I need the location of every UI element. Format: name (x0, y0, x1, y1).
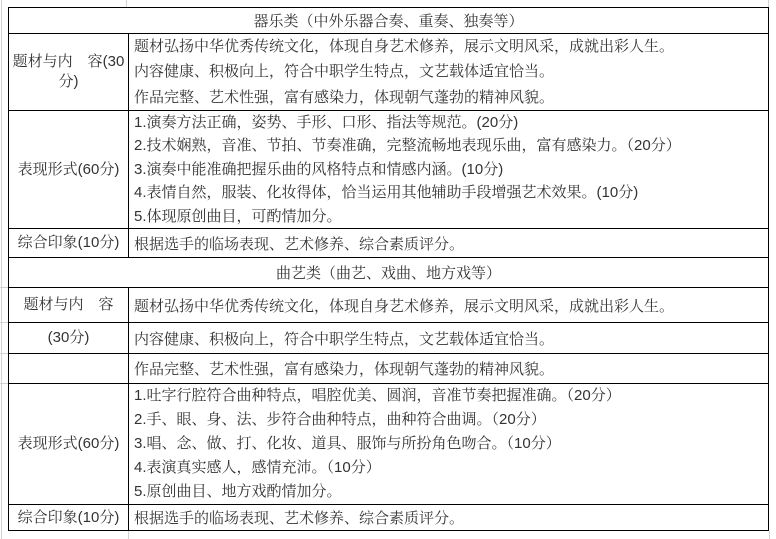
criteria-line: 4.表演真实感人，感情充沛。（10分） (134, 456, 764, 480)
table-row-theme-content-cont: 作品完整、艺术性强，富有感染力，体现朝气蓬勃的精神风貌。 (9, 353, 768, 383)
criterion-label: 表现形式(60分) (9, 111, 129, 228)
criteria-line: 作品完整、艺术性强，富有感染力，体现朝气蓬勃的精神风貌。 (134, 85, 764, 110)
table-row-overall-impression: 综合印象(10分) 根据选手的临场表现、艺术修养、综合素质评分。 (9, 504, 768, 530)
criterion-label: 题材与内 容(30分) (9, 34, 129, 110)
criteria-line: 3.唱、念、做、打、化妆、道具、服饰与所扮角色吻合。（10分） (134, 432, 764, 456)
criterion-label: 综合印象(10分) (9, 229, 129, 257)
category-header-instrumental: 器乐类（中外乐器合奏、重奏、独奏等） (9, 8, 768, 33)
criteria-line: 1.吐字行腔符合曲种特点，唱腔优美、圆润，音准节奏把握准确。（20分） (134, 384, 764, 408)
table-row-performance-form: 表现形式(60分) 1.吐字行腔符合曲种特点，唱腔优美、圆润，音准节奏把握准确。… (9, 383, 768, 504)
criteria-cell: 题材弘扬中华优秀传统文化，体现自身艺术修养，展示文明风采，成就出彩人生。 (129, 288, 768, 322)
gridline-top-right-edge (768, 0, 769, 7)
criterion-label: 题材与内 容 (9, 288, 129, 322)
gridline-bottom-right-edge (769, 531, 770, 539)
category-header-folk-arts: 曲艺类（曲艺、戏曲、地方戏等） (9, 257, 768, 287)
criteria-cell: 1.演奏方法正确，姿势、手形、口形、指法等规范。(20分) 2.技术娴熟，音准、… (129, 111, 768, 228)
gridline-left-stub (0, 383, 8, 384)
criteria-cell: 题材弘扬中华优秀传统文化，体现自身艺术修养，展示文明风采，成就出彩人生。 内容健… (129, 34, 768, 110)
criteria-line: 2.技术娴熟，音准、节拍、节奏准确，完整流畅地表现乐曲，富有感染力。（20分） (134, 134, 764, 158)
criteria-cell: 作品完整、艺术性强，富有感染力，体现朝气蓬勃的精神风貌。 (129, 354, 768, 383)
page-edge-gridline-left (1, 0, 2, 539)
criteria-line: 作品完整、艺术性强，富有感染力，体现朝气蓬勃的精神风貌。 (134, 358, 764, 379)
criterion-label: 综合印象(10分) (9, 505, 129, 530)
gridline-left-stub (0, 353, 8, 354)
criteria-cell: 根据选手的临场表现、艺术修养、综合素质评分。 (129, 229, 768, 257)
gridline-left-stub (0, 287, 8, 288)
criteria-line: 3.演奏中能准确把握乐曲的风格特点和情感内涵。(10分) (134, 158, 764, 182)
table-row-theme-content: 题材与内 容 题材弘扬中华优秀传统文化，体现自身艺术修养，展示文明风采，成就出彩… (9, 287, 768, 322)
criteria-line: 题材弘扬中华优秀传统文化，体现自身艺术修养，展示文明风采，成就出彩人生。 (134, 295, 764, 316)
criteria-line: 内容健康、积极向上，符合中职学生特点，文艺载体适宜恰当。 (134, 328, 764, 349)
gridline-left-stub (0, 322, 8, 323)
criteria-line: 4.表情自然，服装、化妆得体，恰当运用其他辅助手段增强艺术效果。(10分) (134, 181, 764, 205)
criteria-line: 2.手、眼、身、法、步符合曲种特点，曲种符合曲调。（20分） (134, 408, 764, 432)
table-row-theme-content-points: (30分) 内容健康、积极向上，符合中职学生特点，文艺载体适宜恰当。 (9, 322, 768, 353)
criteria-line: 1.演奏方法正确，姿势、手形、口形、指法等规范。(20分) (134, 111, 764, 134)
gridline-top-column-divider (126, 0, 127, 7)
table-row-theme-content: 题材与内 容(30分) 题材弘扬中华优秀传统文化，体现自身艺术修养，展示文明风采… (9, 33, 768, 110)
criteria-cell: 内容健康、积极向上，符合中职学生特点，文艺载体适宜恰当。 (129, 323, 768, 353)
criteria-line: 根据选手的临场表现、艺术修养、综合素质评分。 (134, 233, 764, 254)
criteria-line: 5.体现原创曲目，可酌情加分。 (134, 205, 764, 228)
criteria-cell: 根据选手的临场表现、艺术修养、综合素质评分。 (129, 505, 768, 530)
criteria-line: 5.原创曲目、地方戏酌情加分。 (134, 480, 764, 504)
table-row-overall-impression: 综合印象(10分) 根据选手的临场表现、艺术修养、综合素质评分。 (9, 228, 768, 257)
criteria-line: 根据选手的临场表现、艺术修养、综合素质评分。 (134, 507, 764, 528)
criterion-label: 表现形式(60分) (9, 384, 129, 504)
criterion-label: (30分) (9, 323, 129, 353)
criteria-line: 内容健康、积极向上，符合中职学生特点，文艺载体适宜恰当。 (134, 59, 764, 85)
scoring-rubric-table: 器乐类（中外乐器合奏、重奏、独奏等） 题材与内 容(30分) 题材弘扬中华优秀传… (8, 7, 769, 531)
criteria-line: 题材弘扬中华优秀传统文化，体现自身艺术修养，展示文明风采，成就出彩人生。 (134, 34, 764, 59)
criterion-label (9, 354, 129, 383)
table-row-performance-form: 表现形式(60分) 1.演奏方法正确，姿势、手形、口形、指法等规范。(20分) … (9, 110, 768, 228)
category-header-text: 曲艺类（曲艺、戏曲、地方戏等） (276, 262, 501, 283)
gridline-bottom-column-divider (128, 531, 129, 539)
criteria-cell: 1.吐字行腔符合曲种特点，唱腔优美、圆润，音准节奏把握准确。（20分） 2.手、… (129, 384, 768, 504)
category-header-text: 器乐类（中外乐器合奏、重奏、独奏等） (253, 10, 523, 31)
